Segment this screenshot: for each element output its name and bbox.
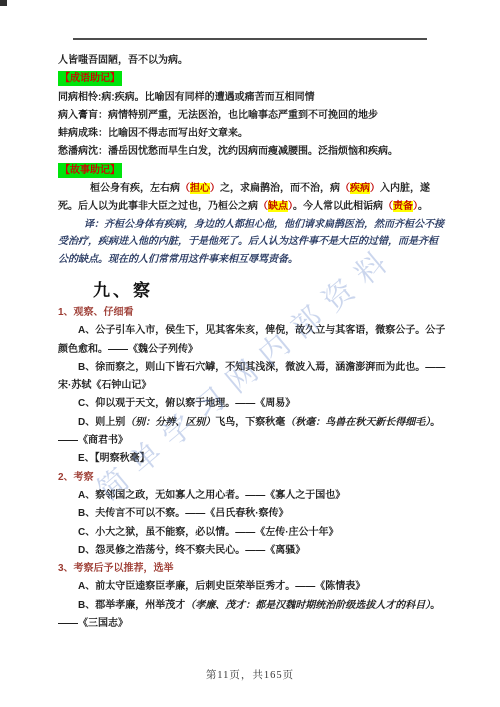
text-segment: D、则上别 <box>78 417 125 428</box>
list-item: 蚌病成珠：比喻因不得志而写出好文章来。 <box>58 125 446 143</box>
highlighted-term: 缺点 <box>268 201 288 212</box>
list-item: 病入膏肓：病情特别严重，无法医治，也比喻事态严重到不可挽回的地步 <box>58 107 446 125</box>
intro-line: 人皆嗤吾固陋，吾不以为病。 <box>58 52 446 70</box>
text-segment: E、【明察秋毫】 <box>78 453 150 464</box>
quote-item: C、小大之狱，虽不能察，必以情。——《左传·庄公十年》 <box>58 524 446 542</box>
quote-item: B、郡举孝廉，州举茂才（孝廉、茂才：都是汉魏时期统治阶级选拔人才的科目）。——《… <box>58 597 446 634</box>
text-segment: （ <box>340 183 350 194</box>
subsection-heading: 3、考察后予以推荐，选举 <box>58 560 446 578</box>
header-rule <box>73 38 427 40</box>
page-content: 人皆嗤吾固陋，吾不以为病。 【成语助记】 同病相怜:病:疾病。比喻因有同样的遭遇… <box>58 52 446 633</box>
list-item: 同病相怜:病:疾病。比喻因有同样的遭遇或痛苦而互相同情 <box>58 89 446 107</box>
text-segment: B、徐而察之，则山下皆石穴罅，不知其浅深，微波入焉，涵澹澎湃而为此也。——宋·苏… <box>58 362 445 391</box>
section-title: 九、察 <box>93 278 446 304</box>
quote-item: D、怨灵修之浩荡兮，终不察夫民心。——《离骚》 <box>58 542 446 560</box>
text-segment: （ <box>383 201 393 212</box>
scan-corner-artifact <box>0 0 7 6</box>
text-segment: ） <box>370 183 380 194</box>
gloss-segment: （孝廉、茂才：都是汉魏时期统治阶级选拔人才的科目） <box>185 600 430 611</box>
highlighted-term: 疾病 <box>350 183 370 194</box>
quote-item: D、则上别（别：分辨、区别）飞鸟，下察秋毫（秋毫：鸟兽在秋天新长得细毛）。——《… <box>58 414 446 451</box>
highlighted-term: 责备 <box>393 201 413 212</box>
gloss-segment: （别：分辨、区别） <box>125 417 215 428</box>
quote-item: A、公子引车入市，侯生下，见其客朱亥，俾倪，故久立与其客语，微察公子。公子颜色愈… <box>58 322 446 359</box>
idiom-section: 【成语助记】 <box>58 70 446 88</box>
text-segment: C、小大之狱，虽不能察，必以情。——《左传·庄公十年》 <box>78 527 339 538</box>
text-segment: D、怨灵修之浩荡兮，终不察夫民心。——《离骚》 <box>78 545 305 556</box>
story-section: 【故事助记】 <box>58 162 446 180</box>
subsection-heading: 2、考察 <box>58 469 446 487</box>
story-paragraph: 桓公身有疾，左右病（担心）之，求扁鹊治，而不治，病（疾病）入内脏，遂死。后人以为… <box>58 180 446 216</box>
story-translation: 译：齐桓公身体有疾病，身边的人都担心他，他们请求扁鹊医治，然而齐桓公不接受治疗，… <box>58 216 446 268</box>
story-section-header: 【故事助记】 <box>58 163 122 178</box>
text-segment: A、公子引车入市，侯生下，见其客朱亥，俾倪，故久立与其客语，微察公子。公子颜色愈… <box>58 325 445 354</box>
subsection-list: 1、观察、仔细看A、公子引车入市，侯生下，见其客朱亥，俾倪，故久立与其客语，微察… <box>58 304 446 633</box>
highlighted-term: 担心 <box>190 183 210 194</box>
list-item: 愁潘病沈：潘岳因忧愁而早生白发，沈约因病而瘦减腰围。泛指烦恼和疾病。 <box>58 143 446 161</box>
gloss-segment: （秋毫：鸟兽在秋天新长得细毛） <box>285 417 430 428</box>
text-segment: 之，求扁鹊治，而不治，病 <box>220 183 340 194</box>
page-number: 第11页，共165页 <box>0 667 500 682</box>
text-segment: 桓公身有疾，左右病 <box>90 183 180 194</box>
text-segment: A、察邻国之政，无如寡人之用心者。——《寡人之于国也》 <box>78 490 345 501</box>
text-segment: ） <box>210 183 220 194</box>
quote-item: B、夫传言不可以不察。——《吕氏春秋·察传》 <box>58 505 446 523</box>
idiom-section-header: 【成语助记】 <box>58 71 122 86</box>
quote-item: A、前太守臣逵察臣孝廉，后刺史臣荣举臣秀才。——《陈情表》 <box>58 578 446 596</box>
text-segment: （ <box>258 201 268 212</box>
text-segment: B、夫传言不可以不察。——《吕氏春秋·察传》 <box>78 508 289 519</box>
subsection-heading: 1、观察、仔细看 <box>58 304 446 322</box>
quote-item: C、仰以观于天文，俯以察于地理。——《周易》 <box>58 395 446 413</box>
quote-item: B、徐而察之，则山下皆石穴罅，不知其浅深，微波入焉，涵澹澎湃而为此也。——宋·苏… <box>58 359 446 396</box>
idiom-list: 同病相怜:病:疾病。比喻因有同样的遭遇或痛苦而互相同情病入膏肓：病情特别严重，无… <box>58 89 446 162</box>
text-segment: B、郡举孝廉，州举茂才 <box>78 600 185 611</box>
text-segment: 。 <box>418 201 428 212</box>
quote-item: E、【明察秋毫】 <box>58 450 446 468</box>
document-page: 人皆嗤吾固陋，吾不以为病。 【成语助记】 同病相怜:病:疾病。比喻因有同样的遭遇… <box>0 0 500 707</box>
text-segment: C、仰以观于天文，俯以察于地理。——《周易》 <box>78 398 295 409</box>
text-segment: 。今人常以此相诟病 <box>293 201 383 212</box>
text-segment: （ <box>180 183 190 194</box>
text-segment: A、前太守臣逵察臣孝廉，后刺史臣荣举臣秀才。——《陈情表》 <box>78 581 365 592</box>
text-segment: 飞鸟，下察秋毫 <box>215 417 285 428</box>
quote-item: A、察邻国之政，无如寡人之用心者。——《寡人之于国也》 <box>58 487 446 505</box>
